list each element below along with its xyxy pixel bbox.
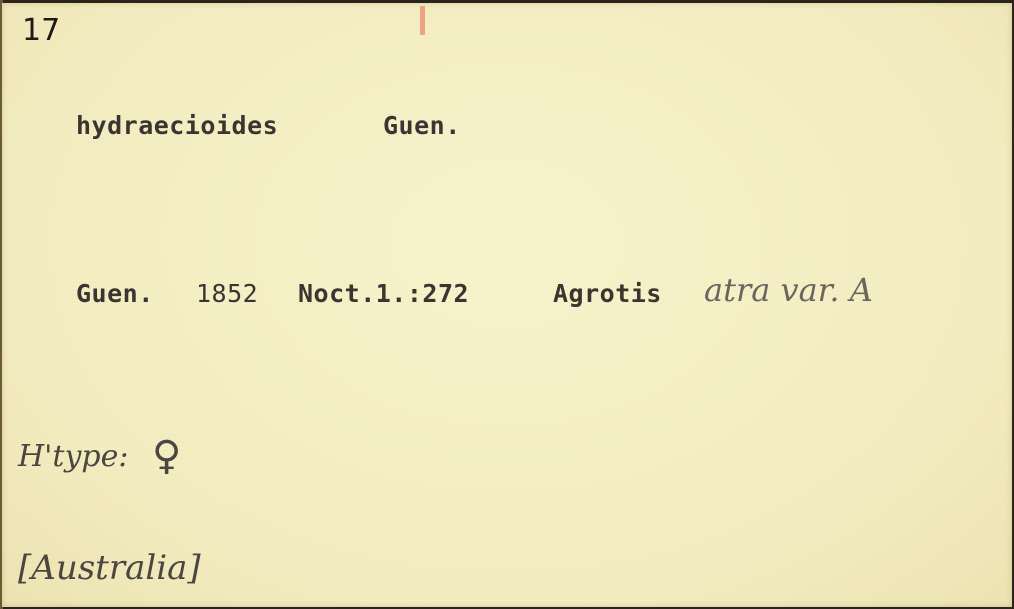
reference-year: 1852 (196, 279, 258, 308)
type-label: H'type: (18, 439, 128, 474)
index-card: 17 hydraecioides Guen. Guen. 1852 Noct.1… (2, 3, 1012, 607)
card-number: 17 (22, 13, 60, 48)
reference-author: Guen. (76, 279, 154, 308)
red-tab-mark (420, 6, 425, 35)
species-name: hydraecioides (76, 111, 278, 140)
reference-publication: Noct.1.:272 (298, 279, 469, 308)
handwritten-note: atra var. A (704, 271, 873, 309)
locality: [Australia] (18, 548, 201, 588)
species-author: Guen. (383, 111, 461, 140)
original-genus: Agrotis (553, 279, 662, 308)
female-symbol-icon: ♀ (152, 433, 181, 479)
